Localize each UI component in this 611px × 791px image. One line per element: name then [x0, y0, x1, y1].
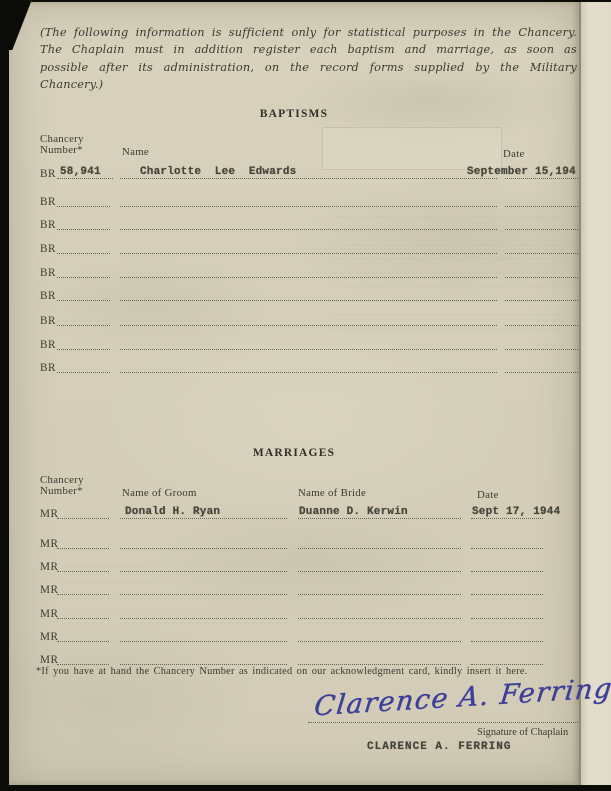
bride-blank [298, 618, 461, 619]
marriage-row-prefix: MR [40, 654, 58, 666]
marriage-empty-row: MR [0, 557, 611, 572]
baptism-empty-row: BR [0, 286, 611, 301]
date-blank [471, 641, 543, 642]
signature-blank [308, 722, 578, 723]
baptism-empty-row: BR [0, 311, 611, 326]
baptism-empty-row: BR [0, 358, 611, 373]
chaplain-name-typed: CLARENCE A. FERRING [367, 741, 511, 753]
marriages-header-date: Date [477, 489, 499, 501]
baptism-empty-row: BR [0, 215, 611, 230]
signature-caption: Signature of Chaplain [477, 727, 568, 738]
bride-blank [298, 641, 461, 642]
date-blank [505, 229, 578, 230]
marriage-empty-row: MR [0, 580, 611, 595]
baptism-empty-row: BR [0, 335, 611, 350]
name-blank [120, 372, 497, 373]
baptism-date-value: September 15,194 [467, 166, 576, 178]
chancery-number-blank [57, 325, 110, 326]
marriage-bride-value: Duanne D. Kerwin [299, 506, 408, 518]
marriage-row-prefix: MR [40, 508, 58, 520]
chancery-number-blank [57, 178, 113, 179]
chancery-number-blank [57, 253, 110, 254]
marriage-entry-row: MR Donald H. Ryan Duanne D. Kerwin Sept … [0, 504, 611, 519]
name-blank [120, 253, 497, 254]
bride-blank [298, 518, 461, 519]
marriages-header-bride: Name of Bride [298, 487, 366, 499]
baptism-row-prefix: BR [40, 243, 56, 255]
name-blank [120, 206, 497, 207]
name-blank [120, 300, 497, 301]
chancery-number-blank [57, 641, 109, 642]
marriage-date-value: Sept 17, 1944 [472, 506, 560, 518]
marriage-row-prefix: MR [40, 561, 58, 573]
baptism-chancery-number-value: 58,941 [60, 166, 101, 178]
marriage-row-prefix: MR [40, 608, 58, 620]
baptism-row-prefix: BR [40, 267, 56, 279]
baptism-empty-row: BR [0, 192, 611, 207]
baptism-row-prefix: BR [40, 219, 56, 231]
date-blank [505, 349, 578, 350]
date-blank [471, 571, 543, 572]
marriage-row-prefix: MR [40, 584, 58, 596]
date-blank [505, 325, 578, 326]
marriages-title: MARRIAGES [9, 447, 579, 459]
baptisms-header-date: Date [503, 148, 525, 160]
name-blank [120, 277, 497, 278]
date-blank [505, 178, 578, 179]
marriage-groom-value: Donald H. Ryan [125, 506, 220, 518]
name-blank [120, 178, 497, 179]
date-blank [471, 664, 543, 665]
date-blank [505, 300, 578, 301]
bride-blank [298, 571, 461, 572]
underlying-page-edge [579, 2, 611, 785]
marriage-row-prefix: MR [40, 631, 58, 643]
date-blank [505, 277, 578, 278]
chancery-number-blank [57, 229, 110, 230]
scanned-document-page: (The following information is sufficient… [0, 0, 611, 791]
chancery-number-blank [57, 518, 109, 519]
baptism-empty-row: BR [0, 239, 611, 254]
intro-paragraph: (The following information is sufficient… [40, 24, 577, 93]
chancery-number-blank [57, 349, 110, 350]
date-blank [471, 594, 543, 595]
chancery-number-footnote: *If you have at hand the Chancery Number… [36, 666, 568, 677]
baptism-row-prefix: BR [40, 290, 56, 302]
date-blank [505, 372, 578, 373]
marriage-empty-row: MR [0, 650, 611, 665]
date-blank [505, 206, 578, 207]
groom-blank [120, 571, 287, 572]
bride-blank [298, 548, 461, 549]
baptisms-header-name: Name [122, 146, 149, 158]
bride-blank [298, 664, 461, 665]
marriage-row-prefix: MR [40, 538, 58, 550]
name-blank [120, 325, 497, 326]
baptism-entry-row: BR 58,941 Charlotte Lee Edwards Septembe… [0, 164, 611, 179]
marriage-empty-row: MR [0, 627, 611, 642]
groom-blank [120, 518, 287, 519]
marriages-header-groom: Name of Groom [122, 487, 197, 499]
groom-blank [120, 548, 287, 549]
chancery-number-blank [57, 618, 109, 619]
marriage-empty-row: MR [0, 534, 611, 549]
bride-blank [298, 594, 461, 595]
chancery-number-blank [57, 548, 109, 549]
baptism-row-prefix: BR [40, 196, 56, 208]
chancery-number-blank [57, 206, 110, 207]
groom-blank [120, 618, 287, 619]
date-blank [505, 253, 578, 254]
baptism-row-prefix: BR [40, 362, 56, 374]
baptisms-title: BAPTISMS [9, 108, 579, 120]
groom-blank [120, 594, 287, 595]
chancery-number-blank [57, 300, 110, 301]
baptism-name-value: Charlotte Lee Edwards [140, 166, 296, 178]
date-blank [471, 518, 543, 519]
baptism-row-prefix: BR [40, 339, 56, 351]
name-blank [120, 229, 497, 230]
chancery-number-blank [57, 664, 109, 665]
groom-blank [120, 664, 287, 665]
baptism-empty-row: BR [0, 263, 611, 278]
chancery-number-blank [57, 571, 109, 572]
date-blank [471, 548, 543, 549]
chancery-number-blank [57, 372, 110, 373]
baptism-row-prefix: BR [40, 315, 56, 327]
name-blank [120, 349, 497, 350]
baptisms-header-number: Number* [40, 144, 83, 156]
groom-blank [120, 641, 287, 642]
marriage-empty-row: MR [0, 604, 611, 619]
chancery-number-blank [57, 277, 110, 278]
chancery-number-blank [57, 594, 109, 595]
marriages-header-number: Number* [40, 485, 83, 497]
date-blank [471, 618, 543, 619]
baptism-row-prefix: BR [40, 168, 56, 180]
